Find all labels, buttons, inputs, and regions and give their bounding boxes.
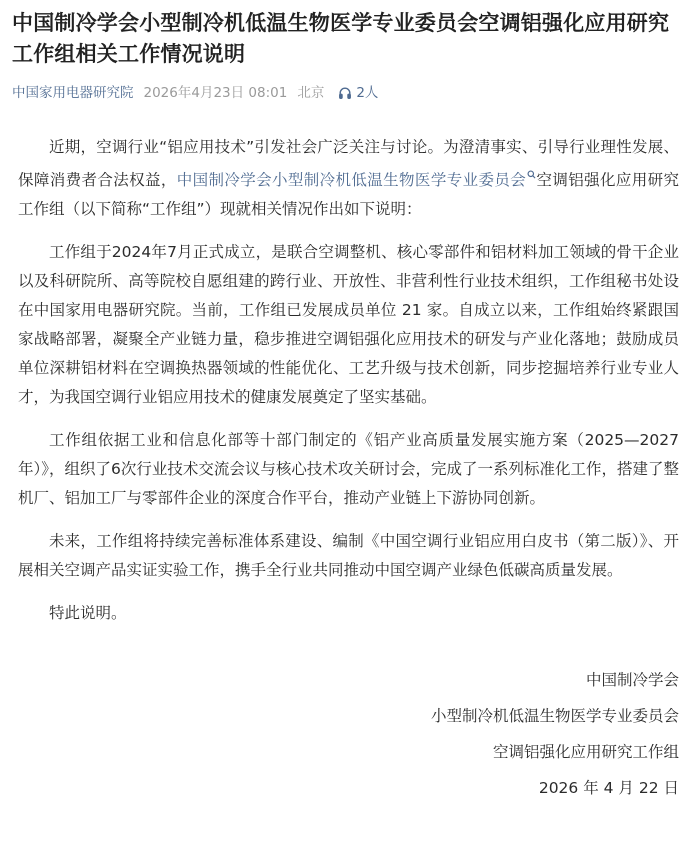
signature-committee: 小型制冷机低温生物医学专业委员会 xyxy=(12,698,679,734)
publish-location: 北京 xyxy=(297,83,324,103)
paragraph-future: 未来，工作组将持续完善标准体系建设、编制《中国空调行业铝应用白皮书（第二版）》、… xyxy=(18,527,679,585)
signature-org: 中国制冷学会 xyxy=(12,662,679,698)
listen-button[interactable]: 2人 xyxy=(338,83,378,103)
paragraph-founding: 工作组于2024年7月正式成立，是联合空调整机、核心零部件和铝材料加工领域的骨干… xyxy=(18,238,679,412)
listener-count: 2人 xyxy=(356,83,378,103)
entity-link-committee[interactable]: 中国制冷学会小型制冷机低温生物医学专业委员会 xyxy=(177,171,526,189)
headphones-icon xyxy=(338,86,352,100)
signature-workgroup: 空调铝强化应用研究工作组 xyxy=(12,734,679,770)
article-meta: 中国家用电器研究院 2026年4月23日 08:01 北京 2人 xyxy=(12,83,681,103)
signature-block: 中国制冷学会 小型制冷机低温生物医学专业委员会 空调铝强化应用研究工作组 202… xyxy=(12,662,681,806)
paragraph-intro: 近期，空调行业“铝应用技术”引发社会广泛关注与讨论。为澄清事实、引导行业理性发展… xyxy=(18,133,679,224)
signature-date: 2026 年 4 月 22 日 xyxy=(12,770,679,806)
source-link[interactable]: 中国家用电器研究院 xyxy=(12,83,134,103)
paragraph-closing: 特此说明。 xyxy=(18,599,679,628)
search-icon[interactable] xyxy=(527,171,536,182)
paragraph-work: 工作组依据工业和信息化部等十部门制定的《铝产业高质量发展实施方案（2025—20… xyxy=(18,426,679,513)
article-body: 近期，空调行业“铝应用技术”引发社会广泛关注与讨论。为澄清事实、引导行业理性发展… xyxy=(12,133,681,628)
article: 中国制冷学会小型制冷机低温生物医学专业委员会空调铝强化应用研究工作组相关工作情况… xyxy=(0,0,693,806)
article-title: 中国制冷学会小型制冷机低温生物医学专业委员会空调铝强化应用研究工作组相关工作情况… xyxy=(12,8,681,70)
publish-datetime: 2026年4月23日 08:01 xyxy=(144,83,288,103)
